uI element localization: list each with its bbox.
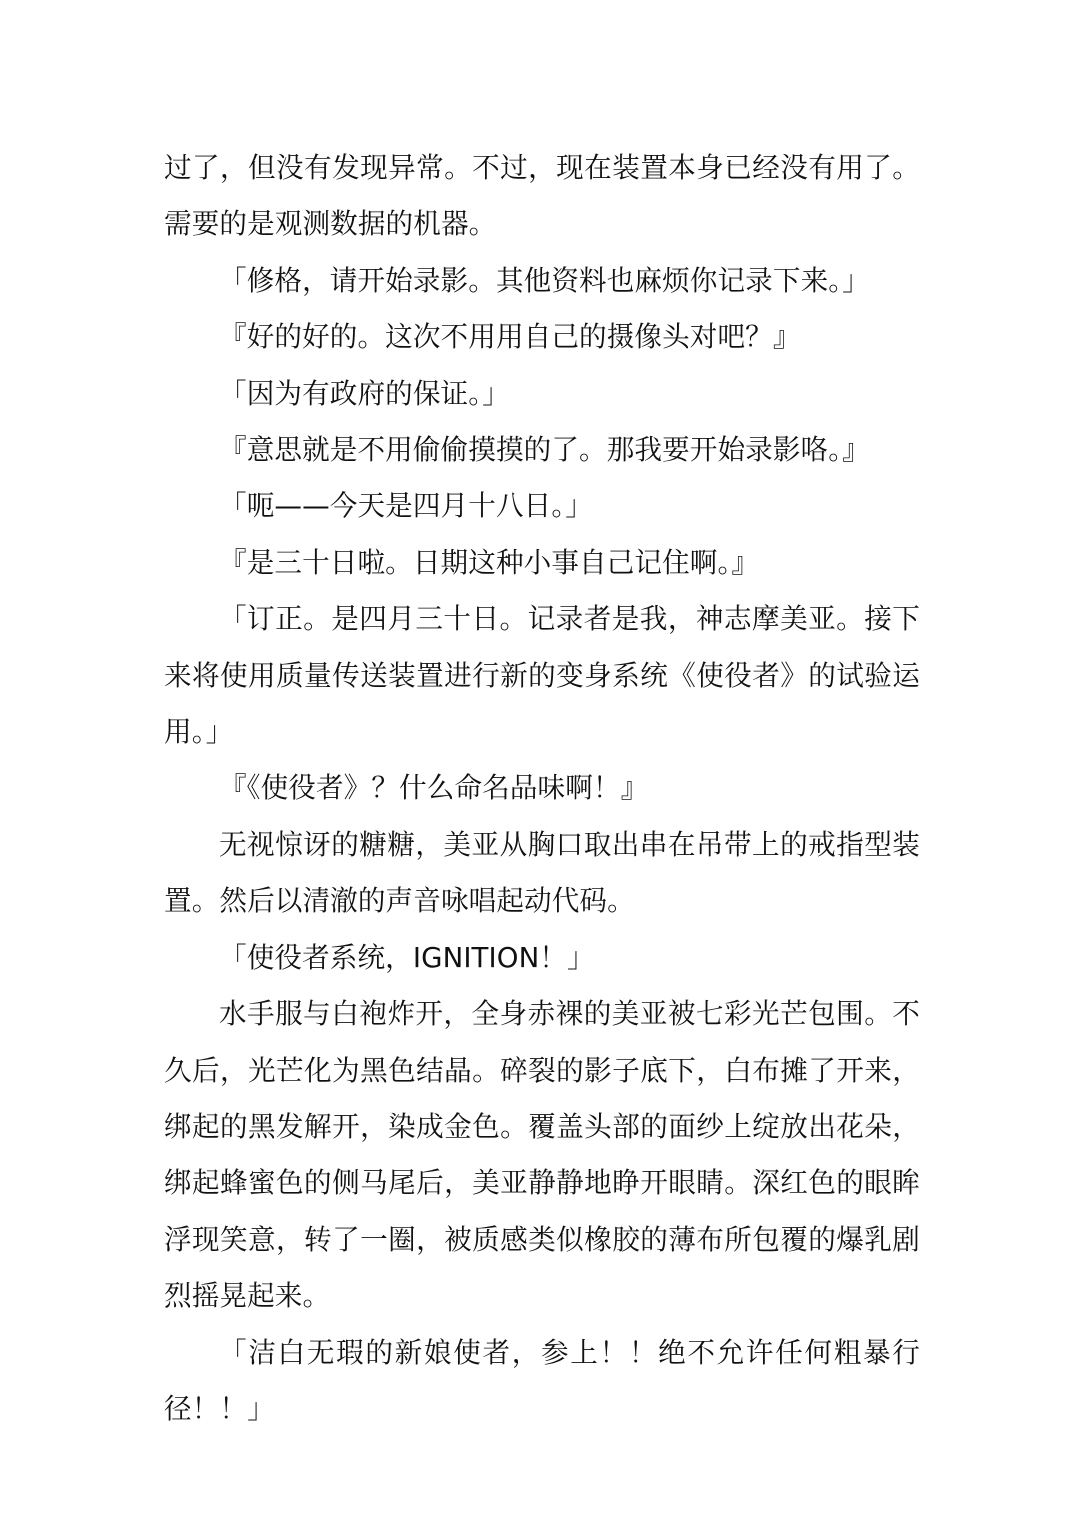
paragraph-continuation: 过了，但没有发现异常。不过，现在装置本身已经没有用了。需要的是观测数据的机器。 [164,140,920,253]
dialogue-line: 『好的好的。这次不用用自己的摄像头对吧？』 [164,309,920,365]
dialogue-line: 「使役者系统，IGNITION！」 [164,930,920,986]
dialogue-line: 『是三十日啦。日期这种小事自己记住啊。』 [164,535,920,591]
dialogue-line: 『意思就是不用偷偷摸摸的了。那我要开始录影咯。』 [164,422,920,478]
dialogue-line: 「因为有政府的保证。」 [164,366,920,422]
narrative-paragraph: 水手服与白袍炸开，全身赤裸的美亚被七彩光芒包围。不久后，光芒化为黑色结晶。碎裂的… [164,986,920,1324]
dialogue-line: 「呃——今天是四月十八日。」 [164,478,920,534]
dialogue-line: 「订正。是四月三十日。记录者是我，神志摩美亚。接下来将使用质量传送装置进行新的变… [164,591,920,760]
document-page: 过了，但没有发现异常。不过，现在装置本身已经没有用了。需要的是观测数据的机器。 … [164,140,920,1437]
dialogue-line: 『《使役者》？什么命名品味啊！』 [164,760,920,816]
narrative-paragraph: 无视惊讶的糖糖，美亚从胸口取出串在吊带上的戒指型装置。然后以清澈的声音咏唱起动代… [164,817,920,930]
dialogue-line: 「修格，请开始录影。其他资料也麻烦你记录下来。」 [164,253,920,309]
dialogue-line: 「洁白无瑕的新娘使者，参上！！绝不允许任何粗暴行径！！」 [164,1325,920,1438]
